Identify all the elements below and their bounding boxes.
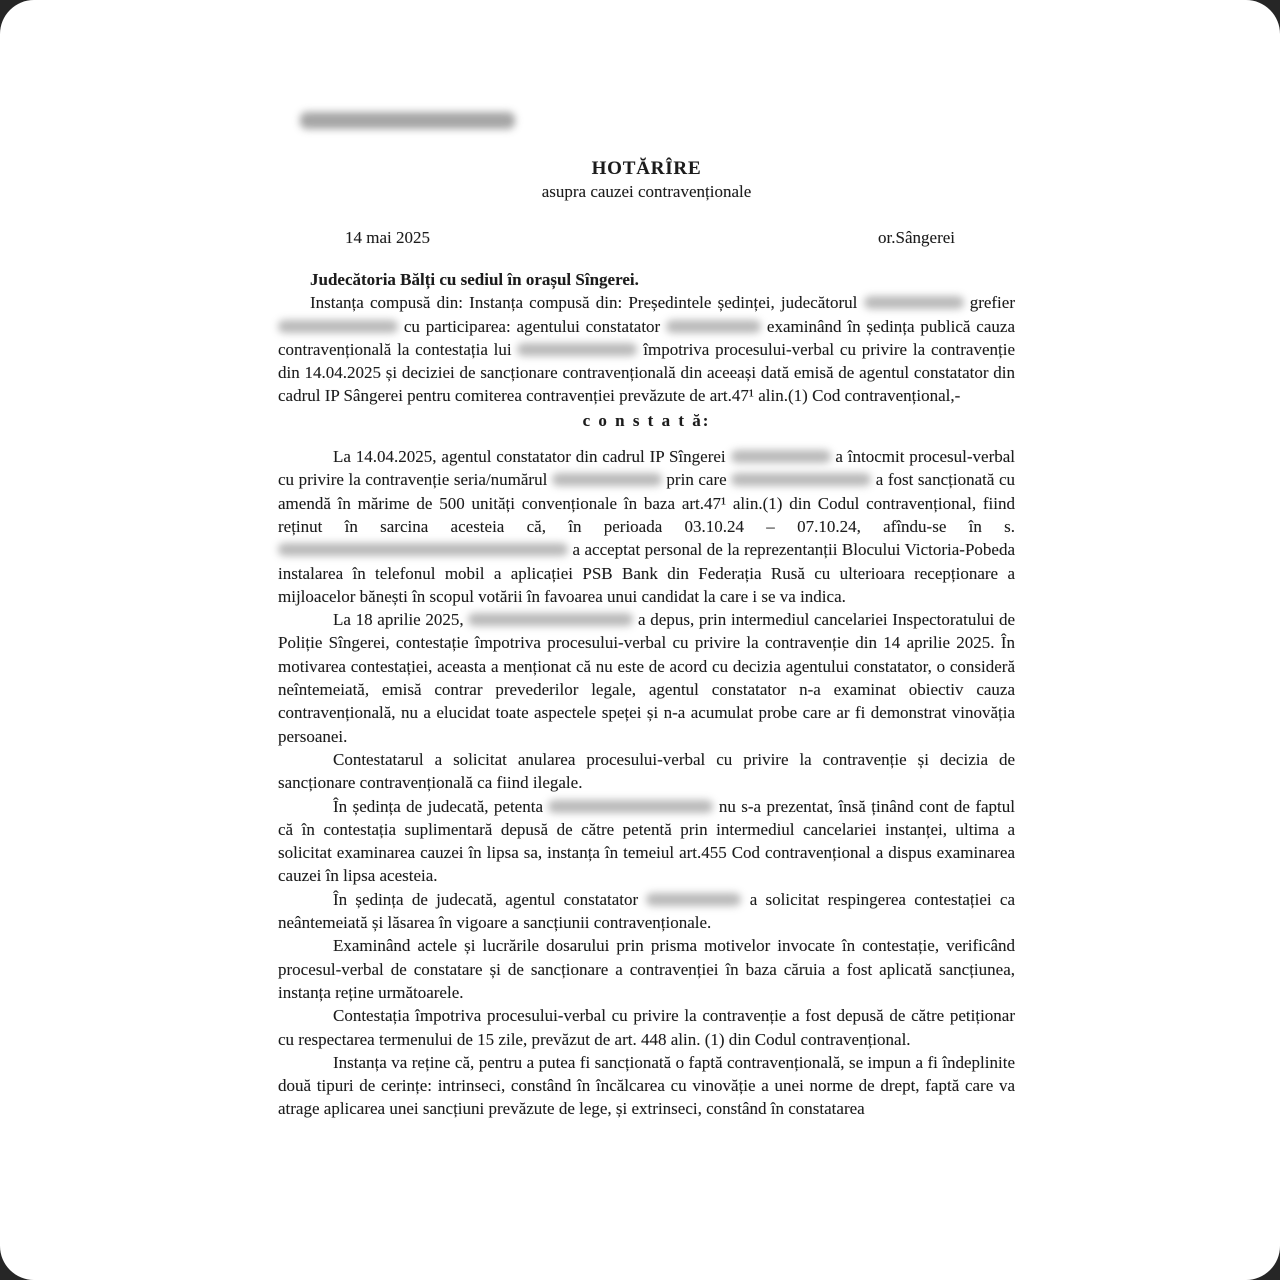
text-segment: cu participarea: agentului constatator bbox=[398, 317, 666, 336]
redacted-text bbox=[278, 543, 568, 556]
redacted-text bbox=[731, 473, 871, 486]
text-segment: În ședința de judecată, agentul constata… bbox=[333, 890, 646, 909]
paragraph: În ședința de judecată, agentul constata… bbox=[278, 888, 1015, 935]
paragraph: Contestația împotriva procesului-verbal … bbox=[278, 1004, 1015, 1051]
text-segment: La 14.04.2025, agentul constatator din c… bbox=[333, 447, 731, 466]
redacted-text bbox=[731, 450, 831, 463]
redacted-text bbox=[646, 893, 741, 906]
redacted-text bbox=[666, 320, 761, 333]
document-body: Judecătoria Bălți cu sediul în orașul Sî… bbox=[278, 268, 1015, 1121]
paragraph: Instanța compusă din: Instanța compusă d… bbox=[278, 291, 1015, 407]
redacted-text bbox=[278, 320, 398, 333]
redacted-text bbox=[548, 800, 713, 813]
paragraph: c o n s t a t ă: bbox=[278, 409, 1015, 432]
text-segment: Examinând actele și lucrările dosarului … bbox=[278, 936, 1015, 1002]
text-segment: În ședința de judecată, petenta bbox=[333, 797, 548, 816]
paragraph: Judecătoria Bălți cu sediul în orașul Sî… bbox=[278, 268, 1015, 291]
paragraph: Contestatarul a solicitat anularea proce… bbox=[278, 748, 1015, 795]
decision-date: 14 mai 2025 bbox=[345, 228, 430, 248]
document-page: HOTĂRÎRE asupra cauzei contravenționale … bbox=[0, 0, 1280, 1280]
text-segment: c o n s t a t ă: bbox=[583, 411, 711, 430]
document-title: HOTĂRÎRE bbox=[278, 158, 1015, 180]
paragraph: La 18 aprilie 2025, a depus, prin interm… bbox=[278, 608, 1015, 748]
text-segment: grefier bbox=[964, 293, 1015, 312]
redacted-text bbox=[552, 473, 662, 486]
redacted-text bbox=[864, 296, 964, 309]
text-segment: Contestatarul a solicitat anularea proce… bbox=[278, 750, 1015, 792]
text-segment: La 18 aprilie 2025, bbox=[333, 610, 468, 629]
text-segment: Judecătoria Bălți cu sediul în orașul Sî… bbox=[310, 270, 639, 289]
text-segment: prin care bbox=[662, 470, 731, 489]
redacted-text bbox=[517, 343, 637, 356]
document-subtitle: asupra cauzei contravenționale bbox=[278, 182, 1015, 202]
case-number-redaction bbox=[300, 112, 515, 129]
paragraph: Instanța va reține că, pentru a putea fi… bbox=[278, 1051, 1015, 1121]
decision-place: or.Sângerei bbox=[878, 228, 955, 248]
paragraph: La 14.04.2025, agentul constatator din c… bbox=[278, 445, 1015, 608]
paragraph: În ședința de judecată, petenta nu s-a p… bbox=[278, 795, 1015, 888]
dateline: 14 mai 2025 or.Sângerei bbox=[278, 228, 1015, 248]
case-number-row bbox=[300, 112, 1015, 132]
document-content: HOTĂRÎRE asupra cauzei contravenționale … bbox=[278, 0, 1015, 1121]
text-segment: a depus, prin intermediul cancelariei In… bbox=[278, 610, 1015, 745]
text-segment: Contestația împotriva procesului-verbal … bbox=[278, 1006, 1015, 1048]
redacted-text bbox=[468, 613, 633, 626]
paragraph: Examinând actele și lucrările dosarului … bbox=[278, 934, 1015, 1004]
text-segment: Instanța compusă din: Instanța compusă d… bbox=[310, 293, 864, 312]
text-segment: Instanța va reține că, pentru a putea fi… bbox=[278, 1053, 1015, 1119]
